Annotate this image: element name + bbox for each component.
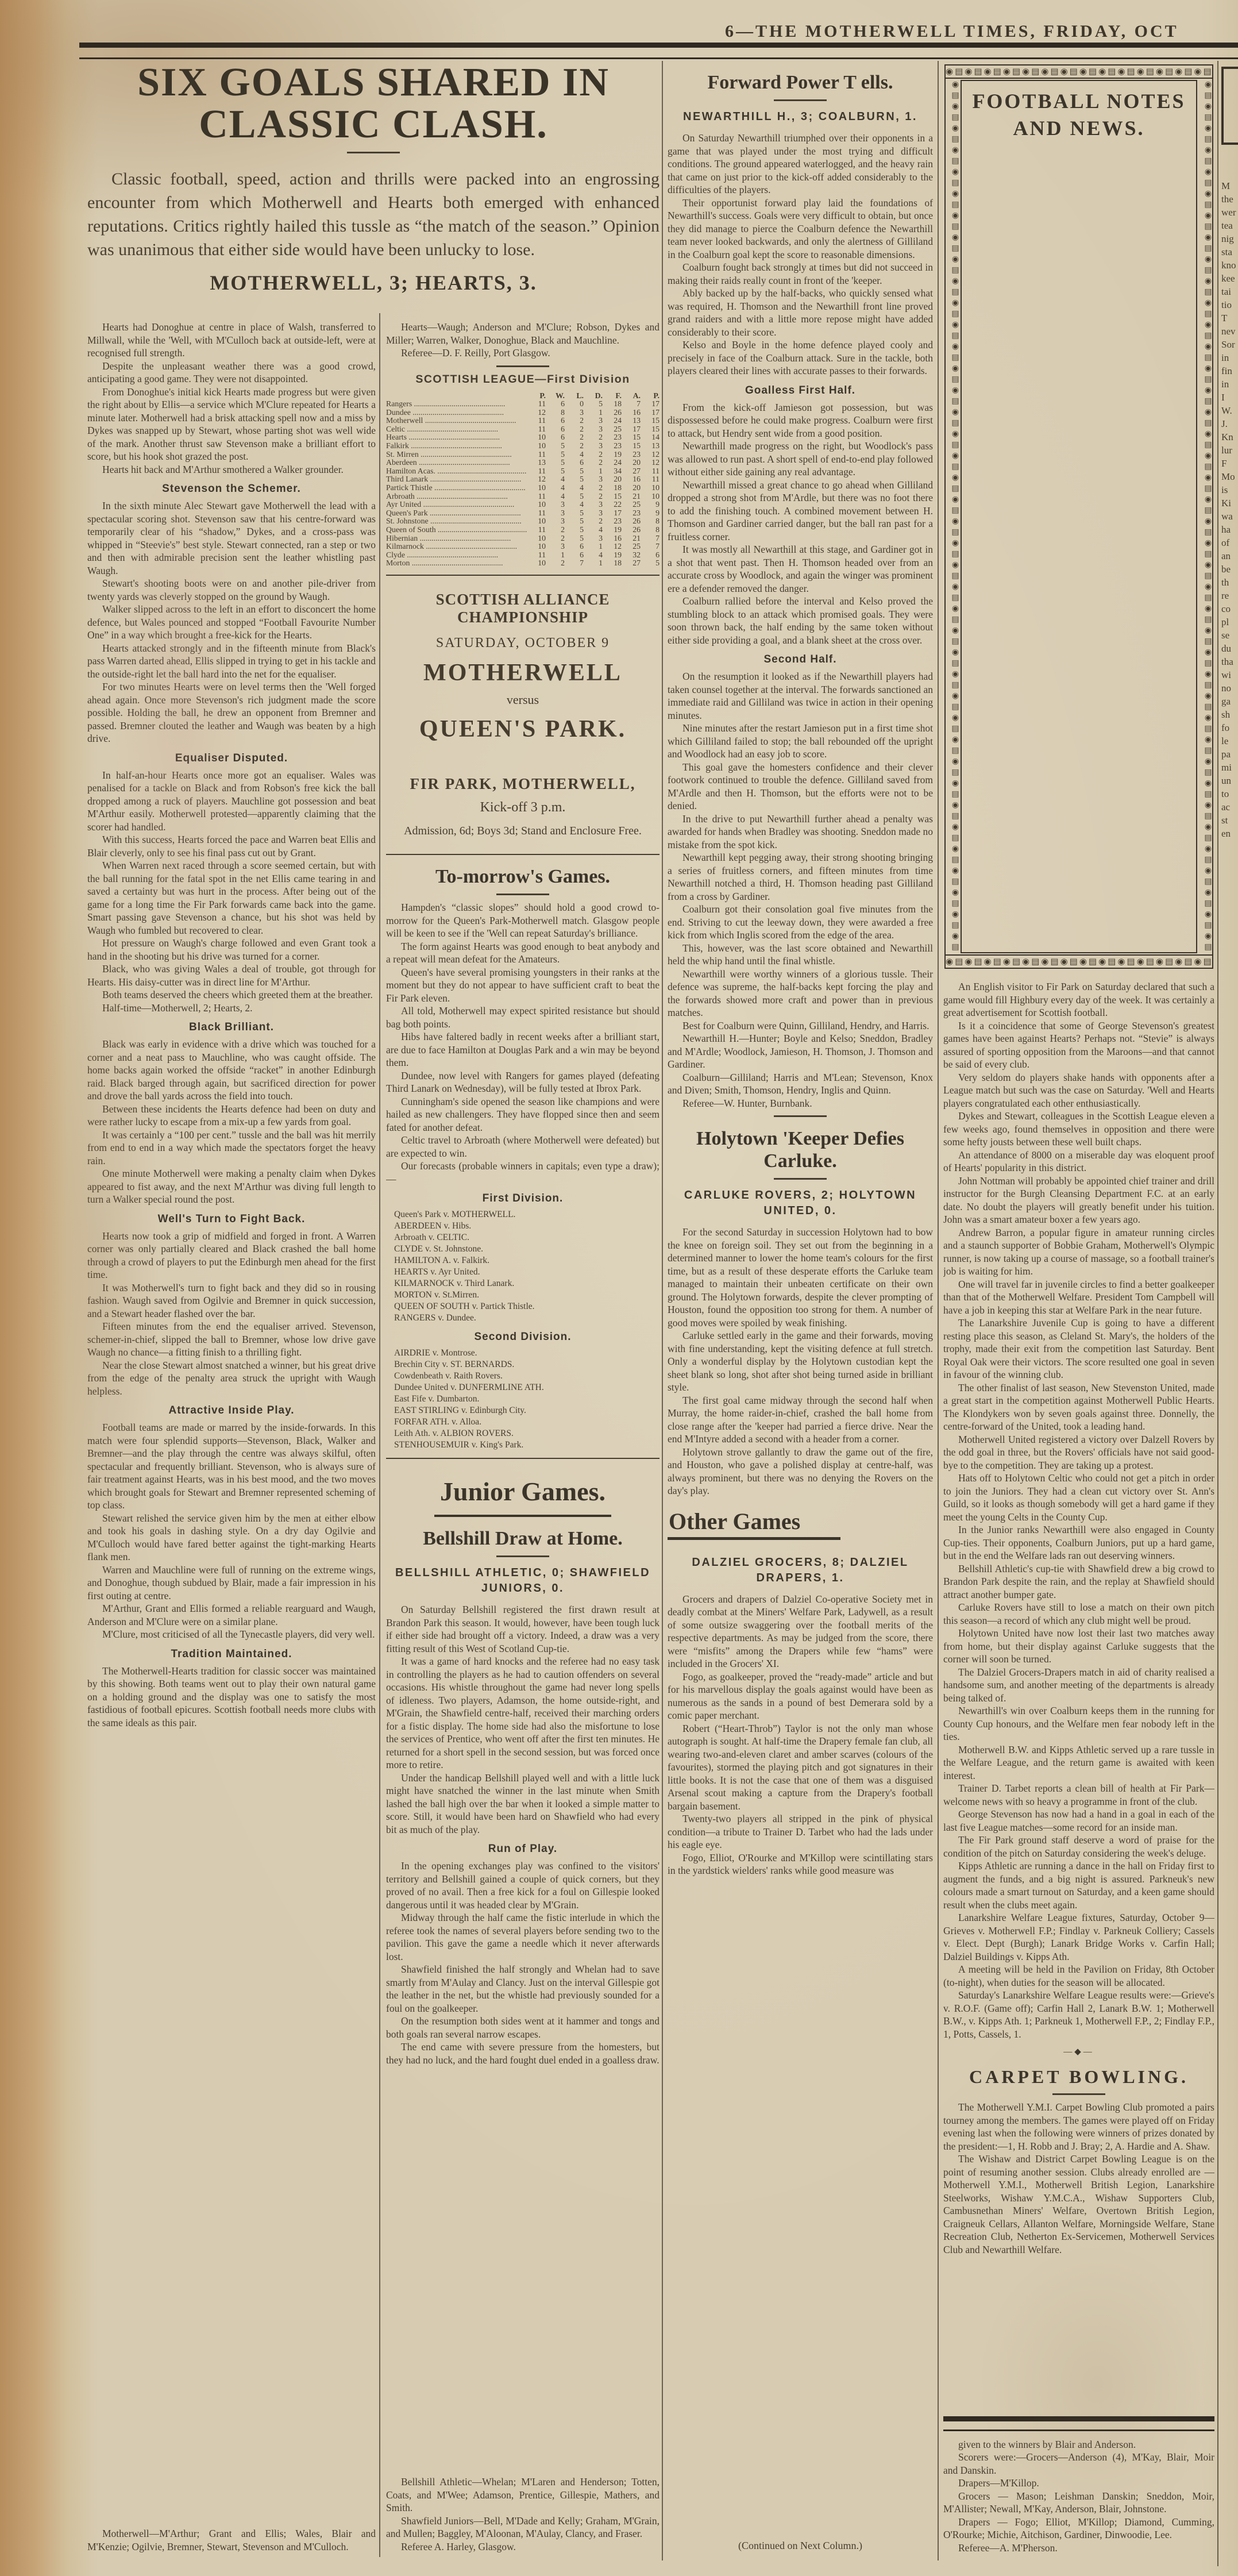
stat-value: 10 [527,534,546,543]
paragraph: The first goal came midway through the s… [668,1394,933,1446]
paragraph: Black, who was giving Wales a deal of tr… [87,962,376,988]
stat-value: 7 [641,542,660,551]
cut-off-text-line: in [1221,378,1238,391]
league-table-row: Clyde ..................................… [386,551,660,560]
cut-off-text-line: ac [1221,800,1238,814]
league-table-header: P.W.L.D.F.A.P. [386,392,660,401]
stat-value: 4 [584,526,603,534]
stat-value: 20 [622,484,641,492]
stat-value: 2 [584,517,603,526]
section-heading: Bellshill Draw at Home. [386,1527,660,1550]
stat-value: 4 [565,450,584,459]
paragraph: Hearts attacked strongly and in the fift… [87,642,376,681]
ornamental-border: ◉▤◉▤◉▤◉▤◉▤◉▤◉▤◉▤◉▤◉▤◉▤◉▤◉▤◉▤◉▤◉▤◉▤◉▤◉▤◉▤… [944,64,1213,79]
cut-off-text-line: un [1221,774,1238,787]
column-rule [938,61,939,2560]
stat-value: 11 [527,417,546,425]
stat-value: 7 [641,534,660,543]
stat-value: 17 [641,400,660,409]
fixture: East Fife v. Dumbarton. [386,1393,660,1405]
team-name: Dundee .................................… [386,409,527,417]
fixture: MORTON v. St.Mirren. [386,1289,660,1301]
team-name: Hibernian ..............................… [386,534,527,543]
fixture: Cowdenbeath v. Raith Rovers. [386,1370,660,1382]
ornamental-border: ◉▤◉▤◉▤◉▤◉▤◉▤◉▤◉▤◉▤◉▤◉▤◉▤◉▤◉▤◉▤◉▤◉▤◉▤◉▤◉▤… [1198,79,1212,954]
column-flow: ◉▤◉▤◉▤◉▤◉▤◉▤◉▤◉▤◉▤◉▤◉▤◉▤◉▤◉▤◉▤◉▤◉▤◉▤◉▤◉▤… [943,61,1214,2408]
stat-value: 32 [622,551,641,560]
stat-value: 26 [622,526,641,534]
paragraph: Drapers—M'Killop. [943,2477,1214,2490]
cut-off-text-line: nig [1221,232,1238,245]
paragraph: It was certainly a “100 per cent.” tussl… [87,1129,376,1168]
cut-off-text-line: sh [1221,708,1238,721]
paragraph: Despite the unpleasant weather there was… [87,360,376,386]
paragraph: Ably backed up by the half-backs, who qu… [668,287,933,338]
paragraph: For the second Saturday in succession Ho… [668,1226,933,1329]
rule [386,854,660,855]
paragraph: Celtic travel to Arbroath (where Motherw… [386,1134,660,1160]
sub-heading: Equaliser Disputed. [87,752,376,765]
match-score-heading: BELLSHILL ATHLETIC, 0; SHAWFIELD JUNIORS… [389,1565,656,1596]
paragraph: In half-an-hour Hearts once more got an … [87,769,376,834]
cut-off-text-line: sta [1221,245,1238,259]
stat-value: 2 [546,526,565,534]
stat-value: 5 [565,475,584,484]
paragraph: The Fir Park ground staff deserve a word… [943,1834,1214,1859]
team-name: St. Mirren .............................… [386,450,527,459]
cut-off-text-line: se [1221,629,1238,642]
lead-paragraph: Classic football, speed, action and thri… [87,167,660,261]
team-line: Coalburn—Gilliland; Harris and M'Lean; S… [668,1071,933,1097]
column-flow: Hearts—Waugh; Anderson and M'Clure; Robs… [386,321,660,2475]
cut-off-text-line: st [1221,814,1238,827]
paragraph: Holytown United have now lost their last… [943,1627,1214,1666]
team-name: Morton .................................… [386,559,527,568]
stat-value: 11 [527,551,546,560]
league-table-row: Falkirk ................................… [386,442,660,450]
stat-value: 10 [641,484,660,492]
stat-value: 13 [622,417,641,425]
cut-off-text-line: co [1221,602,1238,615]
stat-value: 11 [527,450,546,459]
notes-box-title: FOOTBALL NOTESAND NEWS. [961,80,1197,953]
stat-value: 16 [622,475,641,484]
stat-value: 3 [584,509,603,518]
stat-value: 6 [546,400,565,409]
stat-value: 3 [546,500,565,509]
stat-value: 5 [565,492,584,501]
masthead-rule [79,43,1238,59]
stat-value: 18 [603,484,622,492]
stat-value: 11 [527,425,546,434]
paragraph: Stewart's shooting boots were on and ano… [87,577,376,603]
cut-off-text-line: F [1221,457,1238,470]
stat-value: 27 [622,559,641,568]
stat-value: 10 [641,492,660,501]
stat-value: 3 [584,500,603,509]
paragraph: Kelso and Boyle in the home defence play… [668,338,933,378]
team-line: Shawfield Juniors—Bell, M'Dade and Kelly… [386,2515,660,2540]
stat-value: 8 [641,517,660,526]
advert-line: SATURDAY, OCTOBER 9 [386,636,660,651]
match-scoreline: MOTHERWELL, 3; HEARTS, 3. [87,271,660,295]
stat-value: 4 [565,484,584,492]
team-line: Referee—D. F. Reilly, Port Glasgow. [386,346,660,360]
section-heading: To-morrow's Games. [386,865,660,888]
stat-value: 8 [641,526,660,534]
paragraph: This, however, was the last score obtain… [668,942,933,968]
league-table-column-header: A. [622,392,641,401]
stat-value: 25 [622,500,641,509]
stat-value: 10 [527,442,546,450]
rule [386,575,660,576]
fixture: Arbroath v. CELTIC. [386,1232,660,1243]
cut-off-text-line: en [1221,827,1238,840]
league-table-row: Ayr United .............................… [386,500,660,509]
paragraph: Best for Coalburn were Quinn, Gilliland,… [668,1019,933,1033]
paragraph: John Nottman will probably be appointed … [943,1175,1214,1226]
stat-value: 17 [641,409,660,417]
stat-value: 5 [565,509,584,518]
league-table-row: Dundee .................................… [386,409,660,417]
stat-value: 24 [603,417,622,425]
paragraph: Motherwell United registered a victory o… [943,1433,1214,1472]
team-line: Hearts—Waugh; Anderson and M'Clure; Robs… [386,321,660,346]
team-name: Motherwell .............................… [386,417,527,425]
team-line: Motherwell—M'Arthur; Grant and Ellis; Wa… [87,2527,376,2553]
column-league-and-fixtures: Hearts—Waugh; Anderson and M'Clure; Robs… [386,321,660,2553]
stat-value: 11 [527,492,546,501]
paragraph: Hearts had Donoghue at centre in place o… [87,321,376,360]
cut-off-text-line: no [1221,681,1238,695]
paragraph: Black was early in evidence with a drive… [87,1038,376,1103]
cut-off-box [1221,67,1238,145]
stat-value: 23 [603,442,622,450]
paragraph: Scorers were:—Grocers—Anderson (4), M'Ka… [943,2451,1214,2477]
league-table-row: Hibernian ..............................… [386,534,660,543]
section-heading: Other Games [668,1508,840,1540]
stat-value: 5 [546,459,565,467]
cut-off-text-line: fin [1221,364,1238,378]
stat-value: 11 [641,467,660,476]
stat-value: 6 [565,542,584,551]
cut-off-text-line: T [1221,311,1238,325]
stat-value: 5 [565,467,584,476]
paragraph: On the resumption both sides went at it … [386,2015,660,2040]
stat-value: 2 [565,417,584,425]
stat-value: 20 [603,475,622,484]
league-table-row: Rangers ................................… [386,400,660,409]
stat-value: 21 [622,492,641,501]
cut-off-text-line: Ki [1221,496,1238,510]
paragraph: Both teams deserved the cheers which gre… [87,988,376,1002]
paragraph: Cunningham's side opened the season like… [386,1095,660,1134]
paragraph: Hibs have faltered badly in recent weeks… [386,1030,660,1069]
stat-value: 15 [641,417,660,425]
paragraph: It was Motherwell's turn to fight back a… [87,1281,376,1320]
cut-off-text-line: I [1221,391,1238,404]
paragraph: When Warren next raced through a score s… [87,859,376,937]
league-table-column-header: P. [527,392,546,401]
stat-value: 34 [603,467,622,476]
paragraph: Coalburn got their consolation goal five… [668,903,933,942]
stat-value: 16 [603,534,622,543]
league-table: SCOTTISH LEAGUE—First DivisionP.W.L.D.F.… [386,373,660,568]
cut-off-text-line: an [1221,549,1238,563]
fixture: QUEEN OF SOUTH v. Partick Thistle. [386,1301,660,1312]
advert-line: MOTHERWELL [386,659,660,687]
alliance-match-advert: SCOTTISH ALLIANCE CHAMPIONSHIPSATURDAY, … [386,582,660,847]
league-table-spacer [386,392,527,401]
column-rule [379,313,380,2557]
stat-value: 10 [527,542,546,551]
column-rule [1217,61,1218,2566]
cut-off-text-line: th [1221,576,1238,589]
stat-value: 23 [622,450,641,459]
paragraph: Newarthill's win over Coalburn keeps the… [943,1704,1214,1743]
fixture: CLYDE v. St. Johnstone. [386,1243,660,1255]
cut-off-text-line: le [1221,734,1238,748]
paragraph: Hearts now took a grip of midfield and f… [87,1230,376,1281]
paragraph: The Dalziel Grocers-Drapers match in aid… [943,1666,1214,1705]
ornamental-border: ◉▤◉▤◉▤◉▤◉▤◉▤◉▤◉▤◉▤◉▤◉▤◉▤◉▤◉▤◉▤◉▤◉▤◉▤◉▤◉▤… [944,954,1213,969]
stat-value: 5 [546,467,565,476]
column-flow: Hearts had Donoghue at centre in place o… [87,321,376,2527]
section-heading-underline: Junior Games. [434,1465,611,1517]
sub-heading: Well's Turn to Fight Back. [87,1213,376,1226]
stat-value: 2 [584,450,603,459]
fixture: HEARTS v. Ayr United. [386,1266,660,1278]
cut-off-text-line: to [1221,787,1238,800]
paragraph: In the Junior ranks Newarthill were also… [943,1523,1214,1562]
paragraph: With this success, Hearts forced the pac… [87,833,376,859]
stat-value: 25 [622,542,641,551]
sub-heading: First Division. [386,1192,660,1205]
paragraph: It was a game of hard knocks and the ref… [386,1655,660,1772]
stat-value: 15 [641,425,660,434]
paragraph: In the opening exchanges play was confin… [386,1859,660,1911]
paragraph: Stewart relished the service given him b… [87,1512,376,1564]
league-table-row: Partick Thistle ........................… [386,484,660,492]
cut-off-text-line: in [1221,351,1238,364]
stat-value: 2 [565,425,584,434]
paragraph: Coalburn rallied before the interval and… [668,595,933,646]
paragraph: In the sixth minute Alec Stewart gave Mo… [87,499,376,577]
paragraph: Saturday's Lanarkshire Welfare League re… [943,1989,1214,2040]
paragraph: Newarthill made progress on the right, b… [668,440,933,479]
column-junior-reports: Forward Power T ells.NEWARTHILL H., 3; C… [668,61,933,2554]
paragraph: On the resumption it looked as if the Ne… [668,670,933,722]
team-name: Hearts .................................… [386,433,527,442]
stat-value: 10 [527,500,546,509]
cut-off-text-line: fo [1221,721,1238,734]
stat-value: 5 [565,526,584,534]
stat-value: 21 [622,534,641,543]
stat-value: 3 [584,425,603,434]
team-line: Referee A. Harley, Glasgow. [386,2540,660,2554]
paragraph: An English visitor to Fir Park on Saturd… [943,980,1214,1019]
stat-value: 23 [622,509,641,518]
stat-value: 10 [527,433,546,442]
cut-off-text-line: wi [1221,668,1238,681]
cut-off-text-line: wa [1221,510,1238,523]
fixture-list: Queen's Park v. MOTHERWELL.ABERDEEN v. H… [386,1209,660,1324]
paragraph: Motherwell B.W. and Kipps Athletic serve… [943,1743,1214,1782]
fixture: RANGERS v. Dundee. [386,1312,660,1324]
cut-off-text-line: ha [1221,523,1238,536]
paragraph: Queen's have several promising youngster… [386,966,660,1005]
paragraph: Between these incidents the Hearts defen… [87,1103,376,1129]
team-name: Aberdeen ...............................… [386,459,527,467]
stat-value: 4 [584,551,603,560]
team-name: Falkirk ................................… [386,442,527,450]
paragraph: Nine minutes after the restart Jamieson … [668,722,933,761]
sub-heading: Run of Play. [386,1843,660,1855]
section-heading-wrap: Forward Power T ells. [668,71,933,94]
stat-value: 22 [603,500,622,509]
stat-value: 2 [584,433,603,442]
stat-value: 7 [565,559,584,568]
team-line: Bellshill Athletic—Whelan; M'Laren and H… [386,2475,660,2515]
paragraph: Carluke Rovers have still to lose a matc… [943,1601,1214,1627]
stat-value: 3 [546,509,565,518]
stat-value: 5 [584,400,603,409]
football-notes-box: ◉▤◉▤◉▤◉▤◉▤◉▤◉▤◉▤◉▤◉▤◉▤◉▤◉▤◉▤◉▤◉▤◉▤◉▤◉▤◉▤… [944,64,1213,969]
divider [774,1115,827,1117]
paragraph: Under the handicap Bellshill played well… [386,1772,660,1836]
advert-line: Admission, 6d; Boys 3d; Stand and Enclos… [386,823,660,839]
stat-value: 20 [622,459,641,467]
fixture: EAST STIRLING v. Edinburgh City. [386,1405,660,1416]
stat-value: 18 [603,400,622,409]
stat-value: 23 [603,517,622,526]
cut-off-text-line: nev [1221,325,1238,338]
column-rule [662,61,663,2560]
section-heading: CARPET BOWLING. [943,2066,1214,2088]
sub-heading: Second Division. [386,1331,660,1343]
team-name: Queen of South .........................… [386,526,527,534]
league-table-row: Third Lanark ...........................… [386,475,660,484]
paragraph: Our forecasts (probable winners in capit… [386,1160,660,1185]
stat-value: 2 [546,534,565,543]
paragraph: Grocers and drapers of Dalziel Co-operat… [668,1593,933,1670]
stat-value: 2 [546,559,565,568]
paragraph: The Motherwell Y.M.I. Carpet Bowling Clu… [943,2101,1214,2153]
paragraph: The Lanarkshire Juvenile Cup is going to… [943,1316,1214,1381]
team-name: St. Johnstone ..........................… [386,517,527,526]
divider [774,1178,827,1180]
league-table-row: Morton .................................… [386,559,660,568]
notes-box-title-line: AND NEWS. [964,115,1194,142]
team-name: Celtic .................................… [386,425,527,434]
column-flow: Forward Power T ells.NEWARTHILL H., 3; C… [668,61,933,2533]
advert-line: SCOTTISH ALLIANCE CHAMPIONSHIP [386,591,660,626]
paragraph: Carluke settled early in the game and th… [668,1329,933,1394]
stat-value: 11 [527,526,546,534]
stat-value: 11 [527,467,546,476]
league-table-column-header: L. [565,392,584,401]
paragraph: Kipps Athletic are running a dance in th… [943,1859,1214,1911]
paragraph: In the drive to put Newarthill further a… [668,813,933,852]
cut-off-text-line: J. [1221,417,1238,430]
rule [386,1458,660,1459]
advert-line: FIR PARK, MOTHERWELL, [386,775,660,793]
fixture: AIRDRIE v. Montrose. [386,1347,660,1359]
stat-value: 23 [603,433,622,442]
stat-value: 17 [622,425,641,434]
divider [347,152,400,153]
paragraph: Football teams are made or marred by the… [87,1421,376,1512]
paragraph: The Wishaw and District Carpet Bowling L… [943,2153,1214,2256]
league-table-column-header: W. [546,392,565,401]
stat-value: 0 [565,400,584,409]
paragraph: A meeting will be held in the Pavilion o… [943,1963,1214,1989]
stat-value: 10 [527,559,546,568]
league-table-column-header: P. [641,392,660,401]
stat-value: 2 [584,492,603,501]
fixture: Leith Ath. v. ALBION ROVERS. [386,1428,660,1439]
stat-value: 6 [641,551,660,560]
section-heading-wrap: Bellshill Draw at Home. [386,1527,660,1550]
notes-box-middle: ◉▤◉▤◉▤◉▤◉▤◉▤◉▤◉▤◉▤◉▤◉▤◉▤◉▤◉▤◉▤◉▤◉▤◉▤◉▤◉▤… [944,79,1213,954]
team-name: Third Lanark ...........................… [386,475,527,484]
advert-line: Kick-off 3 p.m. [386,800,660,815]
stat-value: 6 [546,417,565,425]
stat-value: 4 [565,500,584,509]
stat-value: 12 [641,459,660,467]
sub-heading: Black Brilliant. [87,1021,376,1034]
team-line: Drapers — Fogo; Elliot, M'Killop; Diamon… [943,2516,1214,2542]
cut-off-text-line: kee [1221,272,1238,285]
stat-value: 3 [584,534,603,543]
page-header-title: 6—THE MOTHERWELL TIMES, FRIDAY, OCT [725,22,1179,41]
stat-value: 12 [527,475,546,484]
stat-value: 11 [527,509,546,518]
stat-value: 3 [546,517,565,526]
league-table-row: Queen's Park ...........................… [386,509,660,518]
cut-off-text-line: kno [1221,259,1238,272]
paragraph: Holytown strove gallantly to draw the ga… [668,1446,933,1497]
paragraph: Bellshill Athletic's cup-tie with Shawfi… [943,1562,1214,1601]
cut-off-text-line: tha [1221,655,1238,668]
paragraph: Fogo, Elliot, O'Rourke and M'Killop were… [668,1851,933,1877]
team-name: Hamilton Acas. .........................… [386,467,527,476]
cut-off-text-line: ga [1221,695,1238,708]
stat-value: 1 [584,409,603,417]
team-name: Queen's Park ...........................… [386,509,527,518]
paragraph: M'Arthur, Grant and Ellis formed a relia… [87,1602,376,1628]
paragraph: Lanarkshire Welfare League fixtures, Sat… [943,1911,1214,1963]
section-heading: Forward Power T ells. [668,71,933,94]
cut-off-text-line: tio [1221,298,1238,311]
stat-value: 25 [603,425,622,434]
league-table-title: SCOTTISH LEAGUE—First Division [386,373,660,386]
stat-value: 7 [622,400,641,409]
stat-value: 4 [546,492,565,501]
cut-off-text-line: of [1221,536,1238,549]
stat-value: 11 [527,400,546,409]
fixture: ABERDEEN v. Hibs. [386,1220,660,1232]
stat-value: 24 [603,459,622,467]
stat-value: 9 [641,509,660,518]
stat-value: 3 [584,442,603,450]
fixture: STENHOUSEMUIR v. King's Park. [386,1439,660,1451]
stat-value: 1 [584,467,603,476]
divider [1052,2093,1105,2095]
stat-value: 2 [584,459,603,467]
stat-value: 26 [603,409,622,417]
league-table-row: Kilmarnock .............................… [386,542,660,551]
